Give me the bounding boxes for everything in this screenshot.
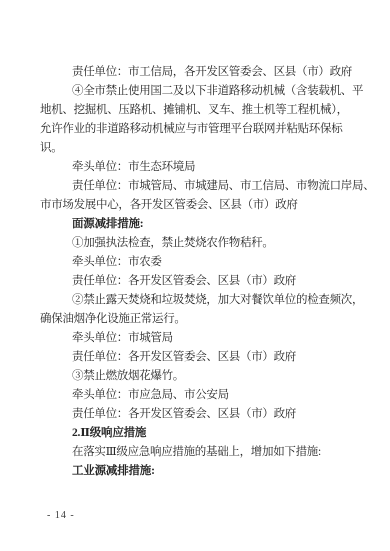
text-line: 责任单位：各开发区管委会、区县（市）政府 — [40, 272, 352, 291]
text-line: 责任单位：市工信局，各开发区管委会、区县（市）政府 — [40, 63, 352, 82]
text-line: 识。 — [40, 139, 352, 158]
text-line: ③禁止燃放烟花爆竹。 — [40, 367, 352, 386]
text-line: ②禁止露天焚烧和垃圾焚烧，加大对餐饮单位的检查频次， — [40, 291, 352, 310]
text-line: 责任单位：市城管局、市城建局、市工信局、市物流口岸局、 — [40, 177, 352, 196]
text-line: 责任单位：各开发区管委会、区县（市）政府 — [40, 405, 352, 424]
document-page: 责任单位：市工信局，各开发区管委会、区县（市）政府 ④全市禁止使用国二及以下非道… — [0, 0, 390, 551]
text-line: ④全市禁止使用国二及以下非道路移动机械（含装载机、平 — [40, 82, 352, 101]
text-line: 牵头单位：市生态环境局 — [40, 158, 352, 177]
text-line: 确保油烟净化设施正常运行。 — [40, 310, 352, 329]
page-number: - 14 - — [47, 510, 75, 521]
text-line: 地机、挖掘机、压路机、摊铺机、叉车、推土机等工程机械）， — [40, 101, 352, 120]
text-line: 牵头单位：市应急局、市公安局 — [40, 386, 352, 405]
document-body: 责任单位：市工信局，各开发区管委会、区县（市）政府 ④全市禁止使用国二及以下非道… — [40, 63, 352, 481]
text-line: 市市场发展中心，各开发区管委会、区县（市）政府 — [40, 196, 352, 215]
section-heading: 工业源减排措施: — [40, 462, 352, 481]
text-line: 允许作业的非道路移动机械应与市管理平台联网并粘贴环保标 — [40, 120, 352, 139]
text-line: 责任单位：各开发区管委会、区县（市）政府 — [40, 348, 352, 367]
text-line: 牵头单位：市农委 — [40, 253, 352, 272]
section-heading: 2.Ⅱ级响应措施 — [40, 424, 352, 443]
text-line: ①加强执法检查，禁止焚烧农作物秸秆。 — [40, 234, 352, 253]
text-line: 牵头单位：市城管局 — [40, 329, 352, 348]
text-line: 在落实Ⅲ级应急响应措施的基础上，增加如下措施: — [40, 443, 352, 462]
section-heading: 面源减排措施: — [40, 215, 352, 234]
